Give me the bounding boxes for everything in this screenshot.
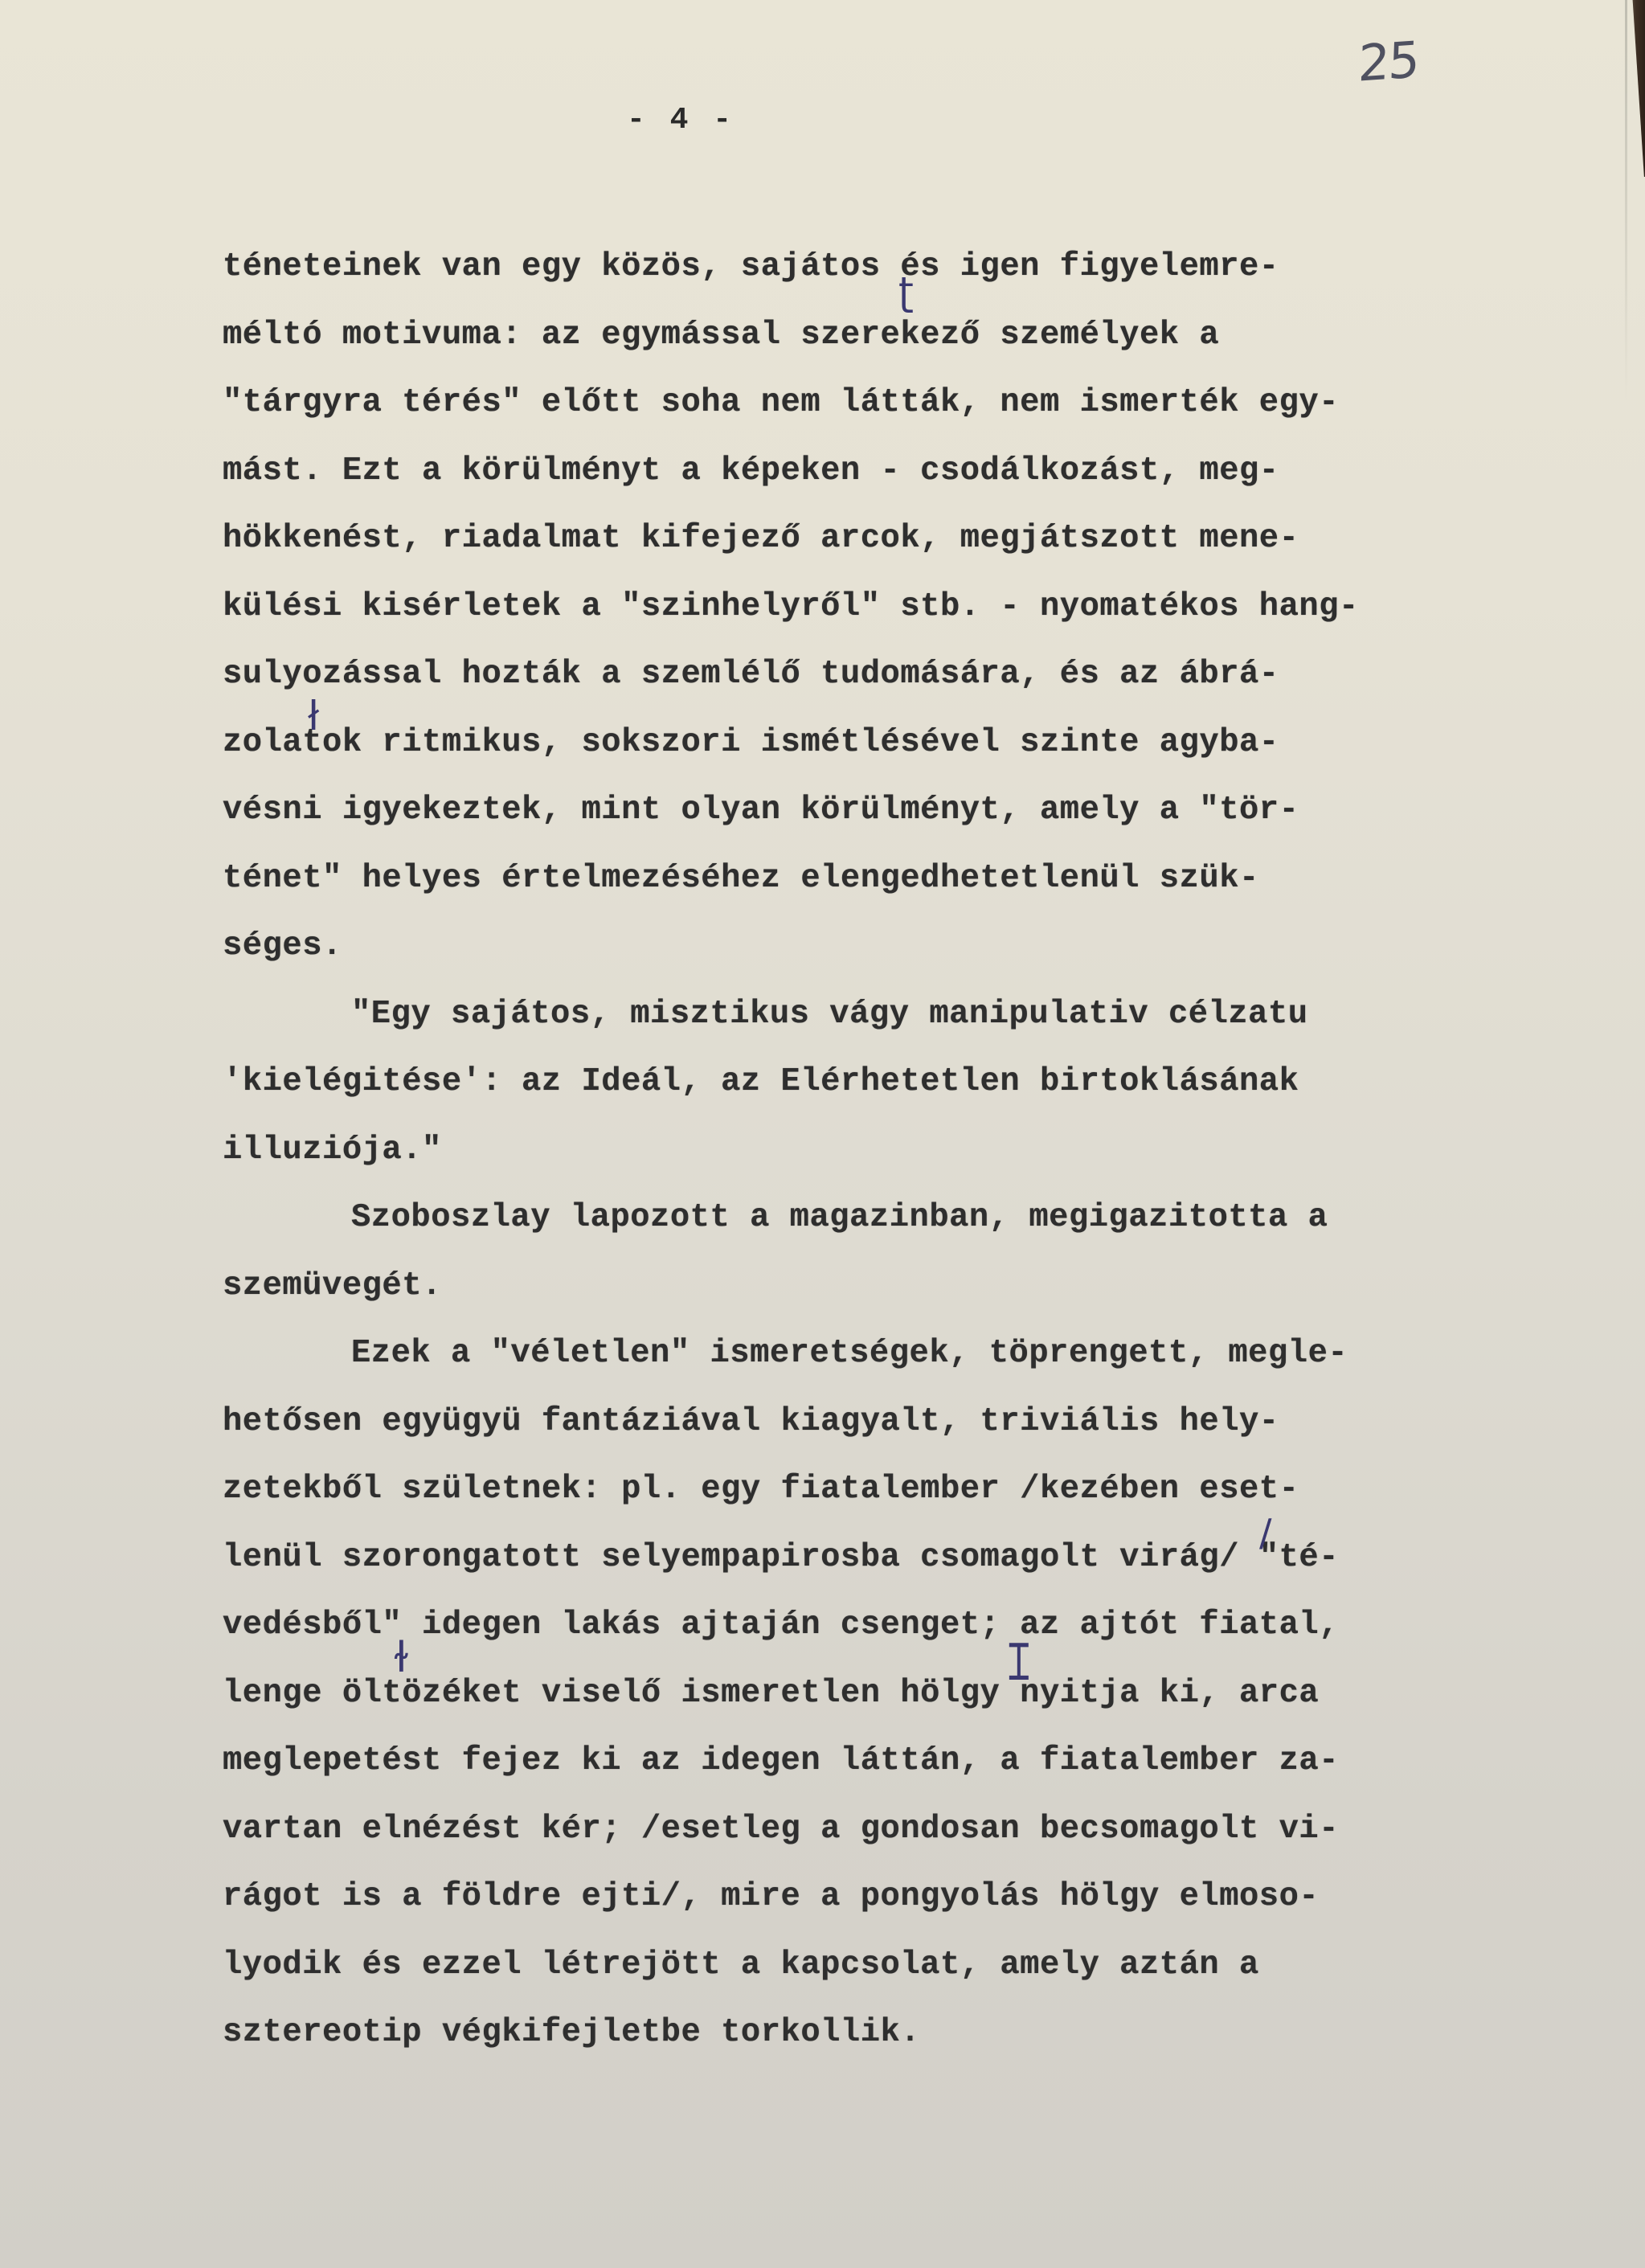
text-line: rágot is a földre ejti/, mire a pongyolá… — [223, 1863, 1476, 1931]
text-line: hökkenést, riadalmat kifejező arcok, meg… — [223, 505, 1476, 573]
text-line: méltó motivuma: az egymással szerekező s… — [223, 301, 1476, 370]
text-line: lenül szorongatott selyempapirosba csoma… — [223, 1524, 1476, 1592]
ink-correction-mark: ɫ — [393, 1634, 410, 1682]
text-line: sulyozással hozták a szemlélő tudomására… — [223, 641, 1476, 709]
text-line: Ezek a "véletlen" ismeretségek, töprenge… — [223, 1320, 1476, 1388]
ink-correction-mark: ł — [308, 693, 319, 739]
text-line: zetekből születnek: pl. egy fiatalember … — [223, 1455, 1476, 1524]
text-line: ténet" helyes értelmezéséhez elengedhete… — [223, 845, 1476, 913]
ink-correction-mark: Ɪ — [1009, 1625, 1029, 1695]
text-line: hetősen együgyü fantáziával kiagyalt, tr… — [223, 1388, 1476, 1456]
text-line: "Egy sajátos, misztikus vágy manipulativ… — [223, 980, 1476, 1049]
text-line: vésni igyekeztek, mint olyan körülményt,… — [223, 776, 1476, 845]
text-line: téneteinek van egy közös, sajátos és ige… — [223, 233, 1476, 301]
typewritten-page: 25 - 4 - téneteinek van egy közös, saját… — [0, 0, 1645, 2268]
text-line: zolatok ritmikus, sokszori ismétlésével … — [223, 709, 1476, 777]
page-number: - 4 - — [627, 103, 735, 137]
text-line: külési kisérletek a "szinhelyről" stb. -… — [223, 573, 1476, 641]
text-line: vartan elnézést kér; /esetleg a gondosan… — [223, 1795, 1476, 1864]
text-line: "tárgyra térés" előtt soha nem látták, n… — [223, 369, 1476, 437]
handwritten-folio-number: 25 — [1357, 30, 1419, 93]
ink-correction-mark: / — [1259, 1511, 1272, 1554]
text-line: séges. — [223, 912, 1476, 980]
text-line: szemüvegét. — [223, 1252, 1476, 1320]
text-line: lyodik és ezzel létrejött a kapcsolat, a… — [223, 1931, 1476, 2000]
text-line: sztereotip végkifejletbe torkollik. — [223, 1999, 1476, 2067]
text-line: illuziója." — [223, 1116, 1476, 1185]
text-line: 'kielégitése': az Ideál, az Elérhetetlen… — [223, 1048, 1476, 1116]
text-line: lenge öltözéket viselő ismeretlen hölgy … — [223, 1660, 1476, 1728]
text-line: mást. Ezt a körülményt a képeken - csodá… — [223, 437, 1476, 506]
body-text: téneteinek van egy közös, sajátos és ige… — [223, 233, 1476, 2067]
text-line: meglepetést fejez ki az idegen láttán, a… — [223, 1727, 1476, 1795]
ink-correction-mark: ʈ — [898, 269, 914, 314]
text-line: Szoboszlay lapozott a magazinban, megiga… — [223, 1184, 1476, 1252]
text-line: vedésből" idegen lakás ajtaján csenget; … — [223, 1591, 1476, 1660]
